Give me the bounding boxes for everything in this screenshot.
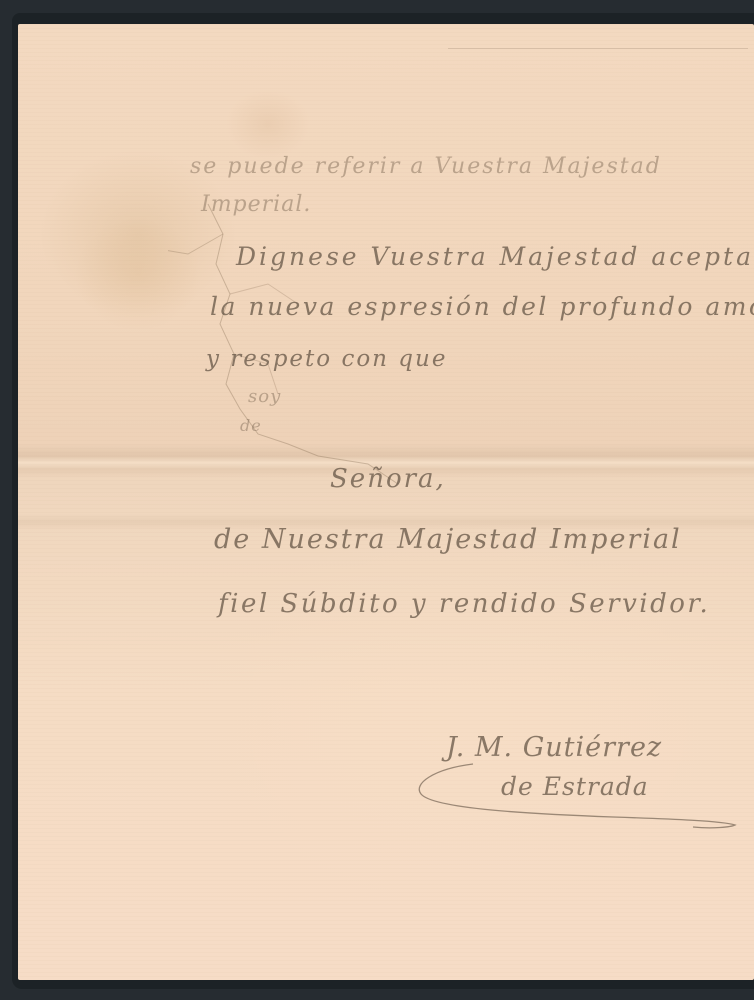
signature-name: J. M. Gutiérrez — [446, 732, 662, 763]
closing-line-1: de Nuestra Majestad Imperial — [214, 524, 682, 555]
letter-line-5: y respeto con que — [206, 346, 447, 372]
closing-line-2: fiel Súbdito y rendido Servidor. — [218, 589, 710, 619]
salutation: Señora, — [330, 464, 446, 494]
letter-line-7: de — [240, 416, 262, 435]
scanned-letter: se puede referir a Vuestra Majestad Impe… — [0, 0, 754, 1000]
signature-surname: de Estrada — [501, 772, 649, 801]
letter-line-4: la nueva espresión del profundo amor — [210, 292, 754, 321]
letter-line-3: Dignese Vuestra Majestad aceptar — [236, 242, 754, 271]
letter-page: se puede referir a Vuestra Majestad Impe… — [18, 24, 754, 980]
paper-top-mark — [448, 48, 748, 49]
letter-line-2: Imperial. — [201, 192, 311, 217]
letter-line-1: se puede referir a Vuestra Majestad — [190, 154, 662, 179]
letter-line-6: soy — [248, 386, 281, 407]
